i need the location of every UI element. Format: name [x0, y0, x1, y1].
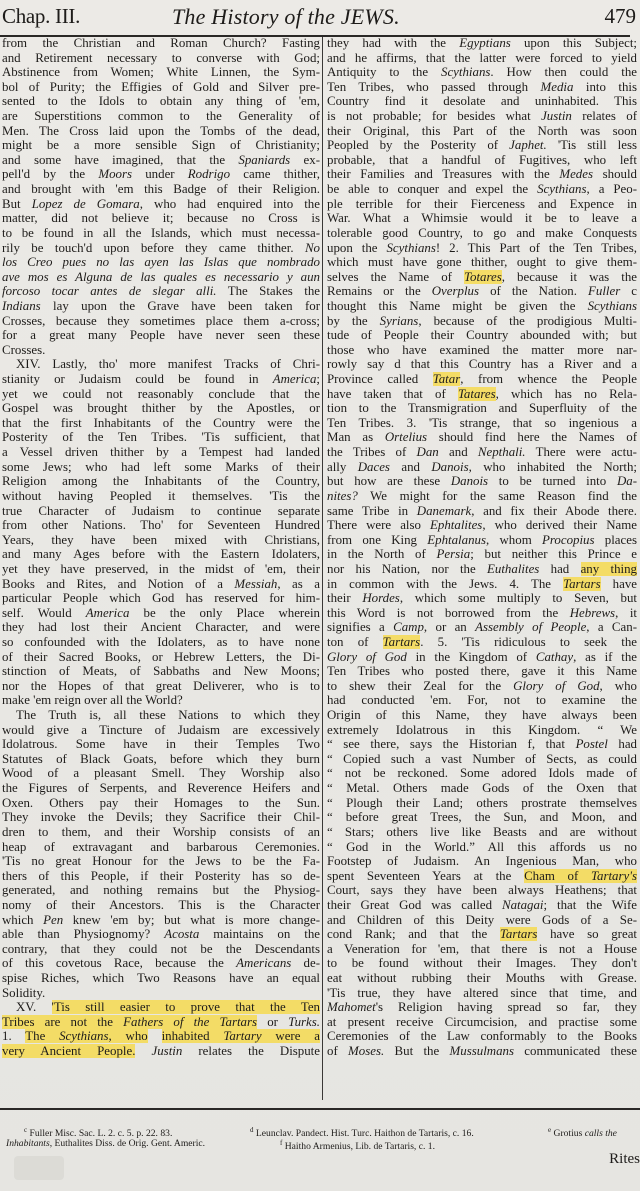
text-line: of this covetous Race, because the Ameri…	[2, 956, 320, 971]
text-line: “ before great Trees, the Sun, and Moon,…	[327, 810, 637, 825]
text-line: which must have gone thither, ought to g…	[327, 255, 637, 270]
text-line: heap of extravagant and barbarous Ceremo…	[2, 840, 320, 855]
text-line: Gospel was brought thither by the Apostl…	[2, 401, 320, 416]
text-line: “ see there, says the Historian f, that …	[327, 737, 637, 752]
text-line: a Veneration for 'em, that there is not …	[327, 942, 637, 957]
text-line: thought this Name might be given the Scy…	[327, 299, 637, 314]
text-line: selves the Name of Totares, because it w…	[327, 270, 637, 285]
text-line: Court, says they have been always Heathe…	[327, 883, 637, 898]
text-line: particular People which God has reserved…	[2, 591, 320, 606]
text-line: Glory of God in the Kingdom of Cathay, a…	[327, 650, 637, 665]
footnote-c-continued: Inhabitants, Euthalites Diss. de Orig. G…	[6, 1137, 205, 1150]
text-line: signifies a Camp, or an Assembly of Peop…	[327, 620, 637, 635]
text-line: probable, that a handful of Fugitives, w…	[327, 153, 637, 168]
text-line: tolerable good Country, to go and make C…	[327, 226, 637, 241]
text-line: Statutes of Black Goats, before which th…	[2, 752, 320, 767]
text-line: to be found in all the Islands, which mu…	[2, 226, 320, 241]
text-line: tion to the Transmigration and Superflui…	[327, 401, 637, 416]
footnote-f-text: Haitho Armenius, Lib. de Tartaris, c. 1.	[285, 1141, 435, 1152]
text-line: XIV. Lastly, tho' more manifest Tracks o…	[2, 357, 320, 372]
text-line: self. Would America be the only Place wh…	[2, 606, 320, 621]
text-line: of Moses. But the Mussulmans communicate…	[327, 1044, 637, 1059]
text-line: Peopled by the Posterity of Japhet. 'Tis…	[327, 138, 637, 153]
text-line: Crosses, because they sometimes place th…	[2, 314, 320, 329]
text-line: matter, did not believe it; because no C…	[2, 211, 320, 226]
text-line: same Tribe in Danemark, and fix their Ab…	[327, 504, 637, 519]
text-line: “ Stars; others live like Beasts and are…	[327, 825, 637, 840]
text-line: Solidity.	[2, 986, 320, 1001]
text-line: by the Syrians, because of the prodigiou…	[327, 314, 637, 329]
text-line: and some have imagined, that the Spaniar…	[2, 153, 320, 168]
text-line: dren to them, and their Worship consists…	[2, 825, 320, 840]
text-line: true Character of Judaism to continue se…	[2, 504, 320, 519]
text-line: are Superstitions common to the Generali…	[2, 109, 320, 124]
text-line: spent Seventeen Years at the Cham of Tar…	[327, 869, 637, 884]
text-line: But Lopez de Gomara, who had enquired in…	[2, 197, 320, 212]
text-line: the Tribes of Dan and Nepthali. There we…	[327, 445, 637, 460]
footnote-e-text: Grotius calls the	[554, 1128, 617, 1139]
text-line: Idolatrous. Some have in their Temples T…	[2, 737, 320, 752]
text-line: “ not be reckoned. Some adored Idols mad…	[327, 766, 637, 781]
text-line: in the North of Persia; but neither this…	[327, 547, 637, 562]
text-line: War. What a Whimsie would it be to leave…	[327, 211, 637, 226]
text-line: at present receive Circumcision, and pra…	[327, 1015, 637, 1030]
right-column: they had with the Egyptians upon this Su…	[327, 36, 637, 1059]
running-title: The History of the JEWS.	[172, 4, 400, 30]
text-line: nomy of their Ancestors. This is the Cha…	[2, 898, 320, 913]
catchword: Rites	[609, 1151, 640, 1168]
text-line: might be a more sensible Sign of Christi…	[2, 138, 320, 153]
page-number: 479	[605, 4, 637, 29]
text-line: to shew their Zeal for the Glory of God,…	[327, 679, 637, 694]
text-line: Ceremonies of the Law conformably to the…	[327, 1029, 637, 1044]
text-line: be able to conquer and expel the Scythia…	[327, 182, 637, 197]
text-line: sented to the Idols to obtain any thing …	[2, 94, 320, 109]
text-line: some Jews; who had left some Marks of th…	[2, 460, 320, 475]
column-divider	[322, 37, 323, 1100]
text-line: from other Nations. Tho' for Seventeen H…	[2, 518, 320, 533]
text-line: stinction of Meats, of Sabbaths and New …	[2, 664, 320, 679]
text-line: make 'em reign over all the World?	[2, 693, 320, 708]
text-line: There were also Ephtalites, who derived …	[327, 518, 637, 533]
text-line: rowly say d that this Country has a Rive…	[327, 357, 637, 372]
text-line: so confounded with the Idolaters, as to …	[2, 635, 320, 650]
footnote-f: f Haitho Armenius, Lib. de Tartaris, c. …	[280, 1137, 435, 1153]
text-line: upon the Scythians! 2. This Part of the …	[327, 241, 637, 256]
text-line: able than Physiognomy? Acosta maintains …	[2, 927, 320, 942]
text-line: Remains or the Overplus of the Nation. F…	[327, 284, 637, 299]
text-line: Wood of a pleasant Smell. They Worship a…	[2, 766, 320, 781]
text-line: Origin of this Name, they have always be…	[327, 708, 637, 723]
text-line: ton of Tartars. 5. 'Tis ridiculous to se…	[327, 635, 637, 650]
text-line: thers of this People, if their Posterity…	[2, 869, 320, 884]
footnote-e: e Grotius calls the	[548, 1124, 617, 1140]
text-line: Crosses.	[2, 343, 320, 358]
text-line: those who have examined the matter more …	[327, 343, 637, 358]
text-line: and he affirms, that the latter were for…	[327, 51, 637, 66]
text-line: 1. The Scythians, who inhabited Tartary …	[2, 1029, 320, 1044]
text-line: rily be touch'd upon before they came th…	[2, 241, 320, 256]
text-line: Man as Ortelius should find here the Nam…	[327, 430, 637, 445]
text-line: very Ancient People. Justin relates the …	[2, 1044, 320, 1059]
running-header: Chap. III. The History of the JEWS. 479	[0, 4, 640, 32]
text-line: they had lost their Ancient Character, a…	[2, 620, 320, 635]
text-line: this Word is not borrowed from the Hebre…	[327, 606, 637, 621]
text-line: in common with the Jews. 4. The Tartars …	[327, 577, 637, 592]
text-line: that the first Inhabitants of the Countr…	[2, 416, 320, 431]
text-line: Men. The Cross laid upon the Tombs of th…	[2, 124, 320, 139]
text-line: The Truth is, all these Nations to which…	[2, 708, 320, 723]
text-line: had conducted 'em. For, not to examine t…	[327, 693, 637, 708]
text-line: have taken that of Tatares, which has no…	[327, 387, 637, 402]
text-line: and Children of this Deity were Gods of …	[327, 913, 637, 928]
text-line: would give a Tincture of Judaism are exc…	[2, 723, 320, 738]
text-line: “ Metal. Others made Gods of the Oxen th…	[327, 781, 637, 796]
text-line: their Hordes, which some multiply to Sev…	[327, 591, 637, 606]
text-line: stianity or Judaism could be found in Am…	[2, 372, 320, 387]
text-line: spise Riches, which Two Reasons have an …	[2, 971, 320, 986]
text-line: without having Peopled it themselves. 'T…	[2, 489, 320, 504]
text-line: Tribes are not the Fathers of the Tartar…	[2, 1015, 320, 1030]
text-line: and brought with 'em this Badge of their…	[2, 182, 320, 197]
text-line: “ Copied such a vast Number of Sects, as…	[327, 752, 637, 767]
text-line: and Retirement necessary to converse wit…	[2, 51, 320, 66]
text-line: Ten Tribes, who passed through Media int…	[327, 80, 637, 95]
text-line: “ God in the World.” All this affords us…	[327, 840, 637, 855]
text-line: Indians lay upon the Grave have been tak…	[2, 299, 320, 314]
text-line: Antiquity to the Scythians. How then cou…	[327, 65, 637, 80]
text-line: is not probable; for besides what Justin…	[327, 109, 637, 124]
text-line: their Families and Treasures with the Me…	[327, 167, 637, 182]
text-line: “ Plough their Land; others prostrate th…	[327, 796, 637, 811]
text-line: 'Tis no great Honour for the Jews to be …	[2, 854, 320, 869]
text-line: Ten Tribes. 3. 'Tis strange, that so ing…	[327, 416, 637, 431]
text-line: Abstinence from Women; White Linnen, the…	[2, 65, 320, 80]
text-line: Religion among the Inhabitants of the Co…	[2, 474, 320, 489]
text-line: their Original, this Part of the North w…	[327, 124, 637, 139]
text-line: Years, they have been mixed with Christi…	[2, 533, 320, 548]
text-line: ple terrible for their Fierceness and Ex…	[327, 197, 637, 212]
text-line: Ten Tribes who posted there, gave it thi…	[327, 664, 637, 679]
text-line: extremely Idolatrous in this Kingdom. “ …	[327, 723, 637, 738]
text-line: from the Christian and Roman Church? Fas…	[2, 36, 320, 51]
text-line: tude of People their Country abounded wi…	[327, 328, 637, 343]
text-line: nor the Hopes of that great Deliverer, w…	[2, 679, 320, 694]
text-line: yet they have preserved, in the midst of…	[2, 562, 320, 577]
text-line: Mahomet's Religion having spread so far,…	[327, 1000, 637, 1015]
text-line: Posterity of the Ten Tribes. 'Tis suffic…	[2, 430, 320, 445]
text-line: Footstep of Judaism. An Ingenious Man, w…	[327, 854, 637, 869]
chapter-label: Chap. III.	[2, 4, 80, 29]
text-line: 'Tis true, they have altered since that …	[327, 986, 637, 1001]
text-line: Oxen. Others pay their Homages to the Su…	[2, 796, 320, 811]
text-line: ave mos es Alguna de las quales es neces…	[2, 270, 320, 285]
text-line: eat without rubbing their Mouths with Gr…	[327, 971, 637, 986]
text-line: forcoso tocar antes de slegar alli. The …	[2, 284, 320, 299]
text-line: to be found without their Images. They d…	[327, 956, 637, 971]
text-line: generated, and nothing remains but the P…	[2, 883, 320, 898]
text-line: from one King Ephtalanus, whom Procopius…	[327, 533, 637, 548]
text-line: for a great many People have never seen …	[2, 328, 320, 343]
left-column: from the Christian and Roman Church? Fas…	[2, 36, 320, 1059]
text-line: which Pen knew 'em by; but what is more …	[2, 913, 320, 928]
text-line: the Figures of Serpents, and Reverence H…	[2, 781, 320, 796]
text-line: pell'd by the Moors under Rodrigo came t…	[2, 167, 320, 182]
text-line: contrary, that they could not be the Des…	[2, 942, 320, 957]
text-line: their Great God was called Natagai; that…	[327, 898, 637, 913]
text-line: nites? We might for the same Reason find…	[327, 489, 637, 504]
text-line: los Creo pues no las ayen las Islas que …	[2, 255, 320, 270]
paper-stain	[14, 1156, 64, 1180]
text-line: They invoke the Devils; they Sacrifice t…	[2, 810, 320, 825]
text-line: they had with the Egyptians upon this Su…	[327, 36, 637, 51]
text-line: a Vessel driven thither by a Tempest had…	[2, 445, 320, 460]
text-line: nor his Nation, nor the Euthalites had a…	[327, 562, 637, 577]
text-line: Books and Rites, and Notion of a Messiah…	[2, 577, 320, 592]
text-line: bol of Purity; the Effigies of Gold and …	[2, 80, 320, 95]
text-line: and many Ages before with the Eastern Id…	[2, 547, 320, 562]
text-line: Country find it desolate and uninhabited…	[327, 94, 637, 109]
book-page: Chap. III. The History of the JEWS. 479 …	[0, 0, 640, 1191]
text-line: XV. 'Tis still easier to prove that the …	[2, 1000, 320, 1015]
text-line: ally Daces and Danois, who inhabited the…	[327, 460, 637, 475]
text-line: but how are these Danois to be turned in…	[327, 474, 637, 489]
text-line: Province called Tatar, from whence the P…	[327, 372, 637, 387]
text-line: yet we could not reasonably conclude tha…	[2, 387, 320, 402]
text-line: of their Sacred Books, or Hebrew Letters…	[2, 650, 320, 665]
footnote-rule	[0, 1108, 640, 1110]
text-line: cond Rank; and that the Tartars have so …	[327, 927, 637, 942]
